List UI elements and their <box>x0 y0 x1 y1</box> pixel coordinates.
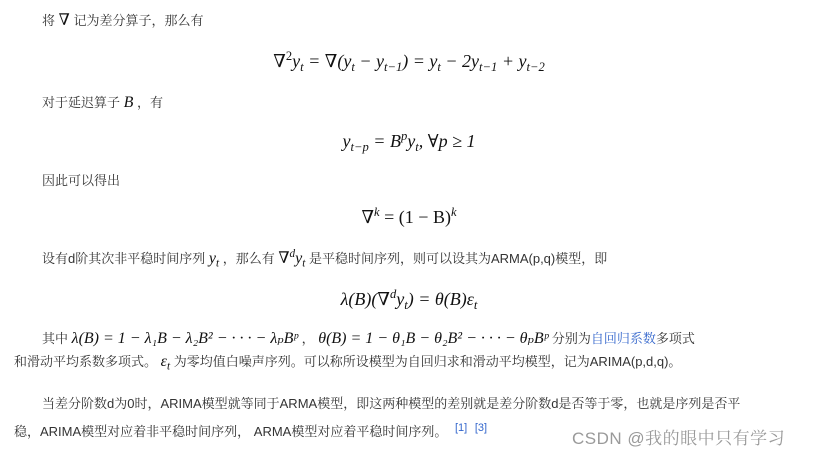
lambda-polynomial: λ(B) = 1 − λ₁B − λ₂B² − · · · − λₚBᵖ <box>72 330 298 347</box>
theta-polynomial: θ(B) = 1 − θ₁B − θ₂B² − · · · − θₚBᵖ <box>318 330 548 347</box>
text: ，那么有 <box>223 251 275 266</box>
text: ， <box>302 331 315 346</box>
text: 将 <box>42 13 55 28</box>
equation-second-difference: ∇2yt = ∇(yt − yt−1) = yt − 2yt−1 + yt−2 <box>0 50 818 72</box>
text: ，有 <box>137 95 163 110</box>
text: 因此可以得出 <box>42 173 120 188</box>
paragraph-arima-vs-arma-line1: 当差分阶数d为0时，ARIMA模型就等同于ARMA模型，即这两种模型的差别就是差… <box>42 395 740 413</box>
text: 为零均值白噪声序列。可以称所设模型为自回归求和滑动平均模型，记为ARIMA(p,… <box>174 354 682 369</box>
paragraph-arima-vs-arma-line2: 稳，ARIMA模型对应着非平稳时间序列， ARMA模型对应着平稳时间序列。 [1… <box>14 419 487 441</box>
paragraph-arma-assumption: 设有d阶其次非平稳时间序列 yt ，那么有 ∇dyt 是平稳时间序列，则可以设其… <box>42 250 607 268</box>
paragraph-polynomials-line2: 和滑动平均系数多项式。 εt 为零均值白噪声序列。可以称所设模型为自回归求和滑动… <box>14 353 681 371</box>
equation-kth-difference: ∇k = (1 − B)k <box>0 206 818 228</box>
lag-operator-symbol: B <box>124 94 134 111</box>
differenced-series-symbol: ∇dyt <box>278 250 305 267</box>
text: 记为差分算子，那么有 <box>73 13 203 28</box>
paragraph-polynomials-line1: 其中 λ(B) = 1 − λ₁B − λ₂B² − · · · − λₚBᵖ … <box>42 330 695 348</box>
text: 多项式 <box>656 331 695 346</box>
link-autoregressive-coefficient[interactable]: 自回归系数 <box>591 331 656 346</box>
epsilon-symbol: εt <box>161 353 170 370</box>
csdn-watermark: CSDN @我的眼中只有学习 <box>572 424 785 449</box>
reference-link-1[interactable]: [1] <box>455 422 467 434</box>
text: 设有d阶其次非平稳时间序列 <box>42 251 205 266</box>
text: 是平稳时间序列，则可以设其为ARMA(p,q)模型，即 <box>309 251 607 266</box>
reference-link-3[interactable]: [3] <box>475 422 487 434</box>
text: 对于延迟算子 <box>42 95 120 110</box>
equation-arima: λ(B)(∇dyt) = θ(B)εt <box>0 288 818 310</box>
text: 当差分阶数d为0时，ARIMA模型就等同于ARMA模型，即这两种模型的差别就是差… <box>42 396 740 411</box>
paragraph-lag-operator: 对于延迟算子 B ，有 <box>42 94 163 112</box>
text: 稳，ARIMA模型对应着非平稳时间序列， ARMA模型对应着平稳时间序列。 <box>14 424 447 439</box>
series-symbol: yt <box>209 250 219 267</box>
paragraph-therefore: 因此可以得出 <box>42 172 120 190</box>
text: 分别为 <box>552 331 591 346</box>
paragraph-difference-operator: 将 ∇ 记为差分算子，那么有 <box>42 12 203 30</box>
nabla-symbol: ∇ <box>59 12 70 29</box>
text: 和滑动平均系数多项式。 <box>14 354 157 369</box>
equation-lag-operator: yt−p = Bpyt, ∀p ≥ 1 <box>0 130 818 152</box>
text: 其中 <box>42 331 68 346</box>
